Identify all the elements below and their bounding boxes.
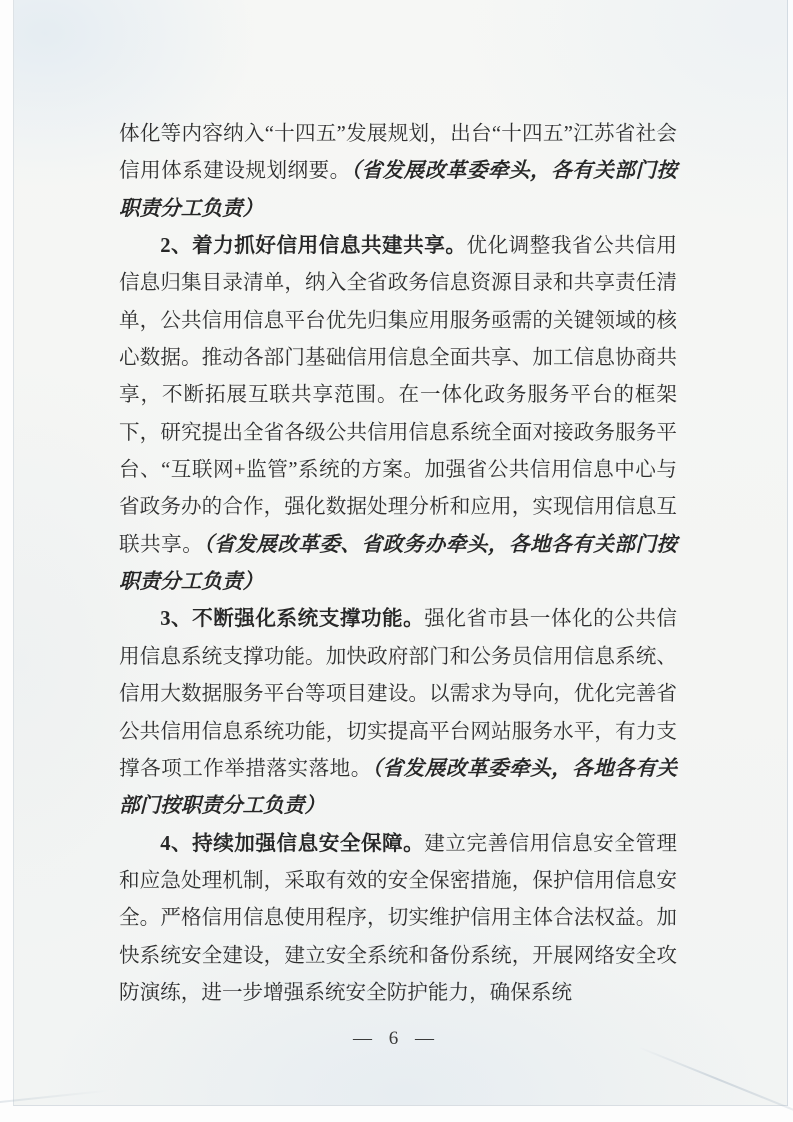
scan-edge-right-line [787, 0, 788, 1106]
paragraph-item-3: 3、不断强化系统支撑功能。强化省市县一体化的公共信用信息系统支撑功能。加快政府部… [119, 601, 677, 825]
paragraph-item-4: 4、持续加强信息安全保障。建立完善信用信息安全管理和应急处理机制，采取有效的安全… [119, 826, 677, 1013]
section-heading: 3、不断强化系统支撑功能。 [160, 608, 424, 630]
paragraph-text: 建立完善信用信息安全管理和应急处理机制，采取有效的安全保密措施，保护信用信息安全… [119, 833, 677, 1004]
paragraph-item-2: 2、着力抓好信用信息共建共享。优化调整我省公共信用信息归集目录清单，纳入全省政务… [119, 228, 677, 601]
paragraph-text: 优化调整我省公共信用信息归集目录清单，纳入全省政务信息资源目录和共享责任清单，公… [119, 235, 677, 556]
responsibility-annotation: （省发展改革委、省政务办牵头，各地各有关部门按职责分工负责） [119, 534, 677, 593]
paragraph-text: 强化省市县一体化的公共信用信息系统支撑功能。加快政府部门和公务员信用信息系统、信… [119, 608, 677, 779]
page-number: — 6 — [0, 1024, 793, 1054]
scanned-document-page: 体化等内容纳入“十四五”发展规划，出台“十四五”江苏省社会信用体系建设规划纲要。… [0, 0, 793, 1122]
paragraph-continuation: 体化等内容纳入“十四五”发展规划，出台“十四五”江苏省社会信用体系建设规划纲要。… [119, 116, 677, 228]
section-heading: 4、持续加强信息安全保障。 [160, 833, 424, 855]
scan-edge-right-strip [788, 0, 793, 1106]
section-heading: 2、着力抓好信用信息共建共享。 [160, 235, 466, 257]
document-body: 体化等内容纳入“十四五”发展规划，出台“十四五”江苏省社会信用体系建设规划纲要。… [119, 116, 677, 1012]
